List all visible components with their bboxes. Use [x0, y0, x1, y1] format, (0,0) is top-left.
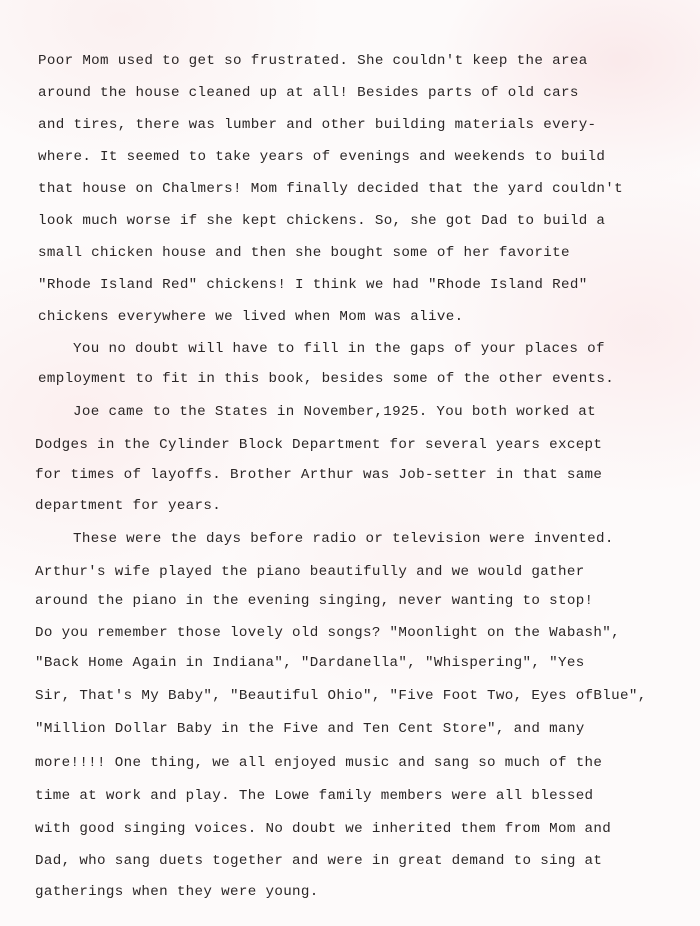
text-line: small chicken house and then she bought …: [38, 244, 570, 262]
text-line: "Rhode Island Red" chickens! I think we …: [38, 276, 588, 294]
text-line: look much worse if she kept chickens. So…: [38, 212, 605, 230]
text-line: Joe came to the States in November,1925.…: [73, 403, 596, 421]
text-line: Poor Mom used to get so frustrated. She …: [38, 52, 588, 70]
text-line: Sir, That's My Baby", "Beautiful Ohio", …: [35, 687, 647, 705]
text-line: more!!!! One thing, we all enjoyed music…: [35, 754, 602, 772]
text-line: You no doubt will have to fill in the ga…: [73, 340, 605, 358]
text-line: where. It seemed to take years of evenin…: [38, 148, 605, 166]
text-line: Dodges in the Cylinder Block Department …: [35, 436, 602, 454]
text-line: employment to fit in this book, besides …: [38, 370, 614, 388]
text-line: time at work and play. The Lowe family m…: [35, 787, 593, 805]
text-line: "Back Home Again in Indiana", "Dardanell…: [35, 654, 585, 672]
text-line: with good singing voices. No doubt we in…: [35, 820, 611, 838]
text-line: Arthur's wife played the piano beautiful…: [35, 563, 585, 581]
text-line: Dad, who sang duets together and were in…: [35, 852, 602, 870]
text-line: for times of layoffs. Brother Arthur was…: [35, 466, 602, 484]
text-line: around the house cleaned up at all! Besi…: [38, 84, 579, 102]
text-line: Do you remember those lovely old songs? …: [35, 624, 620, 642]
text-line: chickens everywhere we lived when Mom wa…: [38, 308, 463, 326]
text-line: department for years.: [35, 497, 221, 515]
text-line: gatherings when they were young.: [35, 883, 319, 901]
text-line: and tires, there was lumber and other bu…: [38, 116, 596, 134]
text-line: that house on Chalmers! Mom finally deci…: [38, 180, 623, 198]
text-line: "Million Dollar Baby in the Five and Ten…: [35, 720, 585, 738]
text-line: These were the days before radio or tele…: [73, 530, 614, 548]
text-line: around the piano in the evening singing,…: [35, 592, 593, 610]
